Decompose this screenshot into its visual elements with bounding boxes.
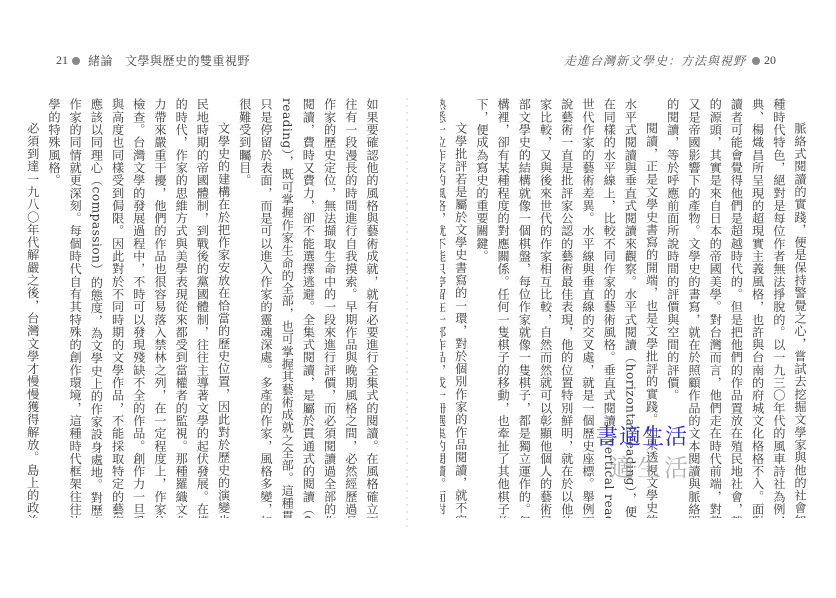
text-column: 閱讀，正是文學史書寫的開端，也是文學批評的實踐。如果透視文學史的結構，當可以從 bbox=[640, 98, 661, 518]
text-column: 與高度也同樣受到侷限。因此對於不同時期的文學作品，不能採取特定的藝術標準來檢驗，… bbox=[106, 98, 127, 518]
text-column: 應該以同理心（compassion）的態度，為文學史上的作家設身處地。對歷史的理… bbox=[85, 98, 106, 518]
text-column: 的時代，作家的思維方式與美學表現從來都受到當權者的監視。那種羅織文化，對作家的創… bbox=[170, 98, 191, 518]
text-column: 的閱讀，等於呼應前面所說時間的評價與空間的評價。 bbox=[662, 98, 683, 518]
right-page-header: 走進台灣新文學史：方法與視野 20 bbox=[564, 52, 776, 69]
text-column: 文學批評若是屬於文學史書寫的一環，對於個別作家的作品閱讀，就不容忽視。基本上要 bbox=[450, 98, 471, 518]
bullet-dot-icon bbox=[752, 57, 760, 65]
right-body-text: 脈絡式閱讀的實踐，便是保持警覺之心，嘗試去挖掘文學家與他的社會如何展開對話。這種… bbox=[440, 98, 810, 518]
gutter-shadow bbox=[406, 98, 408, 528]
book-title: 走進台灣新文學史：方法與視野 bbox=[564, 52, 746, 69]
text-column: 學的特殊風格。 bbox=[43, 98, 64, 518]
text-column: 很難受到矚目。 bbox=[234, 98, 255, 518]
text-column: 部文學史的結構就像一個棋盤，每位作家就像一隻棋子，都是獨立運作的。但是置放在歷史… bbox=[513, 98, 534, 518]
text-column: 如果要確認他的風格與藝術成就，就有必要進行全集式的閱讀。在風格確立下來之前，作家… bbox=[361, 98, 382, 518]
text-column: 只是停留於表面，而是可以進入作家的靈魂深處。多產的作家，風格多變，如果風格不變，… bbox=[255, 98, 276, 518]
text-column: 往有一段漫長的時間進行自我摸索。早期作品與晚期風格之間，必然經歷過長期的起伏跌宕… bbox=[340, 98, 361, 518]
text-column: 世代作家的藝術差異。水平線與垂直線的交叉處，就是一個歷史座標。舉例而言，白先勇的… bbox=[577, 98, 598, 518]
text-column: 種時代特色，絕對是每位作者無法掙脫的。以一九三〇年代的風車詩社為例，李張瑞、張良 bbox=[768, 98, 789, 518]
text-column: 閱讀，費時又費力，卻不能選擇逃避。全集式閱讀，是屬於貫通式的閱讀（compreh… bbox=[297, 98, 318, 518]
page-number: 21 bbox=[56, 53, 68, 68]
text-column: 的源頭，其實是來自日本的帝國美學。對台灣而言，他們走在時代前端，對整個帝國而言，… bbox=[704, 98, 725, 518]
book-spread: 21 緒論文學與歷史的雙重視野 如果要確認他的風格與藝術成就，就有必要進行全集式… bbox=[0, 0, 836, 598]
text-column: 民地時期的帝國體制，到戰後的黨國體制，往往主導著文學的起伏發展。在權力干涉相當森… bbox=[191, 98, 212, 518]
text-column: 力帶來嚴重干擾，他們的作品也很容易落入禁林之列，在一定程度上，作家往往會主動做自… bbox=[149, 98, 170, 518]
text-column: 在同樣的水平線上，比較不同作家的藝術風格。垂直式閱讀（vertical read… bbox=[598, 98, 619, 518]
page-number: 20 bbox=[764, 53, 776, 68]
text-column: 熟悉一位作家的風格，就不能只停留在一部作品，或一冊選集的閱讀。面對一個重要作家時… bbox=[440, 98, 450, 518]
right-page: 走進台灣新文學史：方法與視野 20 脈絡式閱讀的實踐，便是保持警覺之心，嘗試去挖… bbox=[418, 0, 836, 598]
text-column: 檢查。台灣文學的發展過程中，不時可以發現殘缺不全的作品。創作力一旦受限，藝術的深… bbox=[128, 98, 149, 518]
text-column: 構裡，卻有某種程度的對應關係。任何一隻棋子的移動，也牽扯了其他棋子的位置。誰上誰 bbox=[492, 98, 513, 518]
text-column: 脈絡式閱讀的實踐，便是保持警覺之心，嘗試去挖掘文學家與他的社會如何展開對話。這 bbox=[789, 98, 810, 518]
chapter-label: 緒論 bbox=[88, 54, 113, 68]
running-head: 緒論文學與歷史的雙重視野 bbox=[88, 52, 250, 69]
text-column: 典、楊熾昌所呈現的超現實主義風格，也許與台南的府城文化格格不入。面對他們的詩行時… bbox=[746, 98, 767, 518]
text-column: 又是帝國影響下的產物。文學史的書寫，就在於照顧作品的文本閱讀與脈絡閱讀。這兩種不… bbox=[683, 98, 704, 518]
text-column: 家比較，又與後來世代的作家相互比較，自然而然就可以彰顯他個人的藝術風格。事實上，… bbox=[534, 98, 555, 518]
text-column: 作家的歷史定位，無法擷取生命中的一段來進行評價，而必須閱讀過全部的作品。這種全集… bbox=[318, 98, 339, 518]
left-body-text: 如果要確認他的風格與藝術成就，就有必要進行全集式的閱讀。在風格確立下來之前，作家… bbox=[14, 98, 382, 518]
text-column: 下，便成為寫史的重要關鍵。 bbox=[471, 98, 492, 518]
text-column: 必須到達一九八〇年代解嚴之後，台灣文學才慢慢獲得解放。島上的政治權力干涉退潮之 bbox=[22, 98, 43, 518]
text-column: 文學史的建構在於把作家安放在恰當的歷史位置，因此對於歷史的演變也必須兼顧。從殖 bbox=[212, 98, 233, 518]
bullet-dot-icon bbox=[72, 57, 80, 65]
text-column: 讀者可能會覺得他們是超越時代的。但是把他們的作品置放在殖民地社會，就可理解風車詩… bbox=[725, 98, 746, 518]
chapter-title: 文學與歷史的雙重視野 bbox=[125, 54, 250, 68]
left-page-header: 21 緒論文學與歷史的雙重視野 bbox=[56, 52, 250, 69]
text-column: reading），既可掌握作家生命的全部，也可掌握其藝術成就之全部。這種貫通式的… bbox=[276, 98, 297, 518]
text-column: 水平式閱讀與垂直式閱讀來觀察。水平式閱讀（horizontal reading）… bbox=[619, 98, 640, 518]
left-page: 21 緒論文學與歷史的雙重視野 如果要確認他的風格與藝術成就，就有必要進行全集式… bbox=[0, 0, 418, 598]
text-column: 說藝術一直是批評家公認的藝術最佳表現，他的位置特別鮮明，就在於以他的小說與前世代… bbox=[556, 98, 577, 518]
text-column: 作家的同情就更深刻。每個時代自有其特殊的創作環境，這種時代框架往往決定了一個時代… bbox=[64, 98, 85, 518]
